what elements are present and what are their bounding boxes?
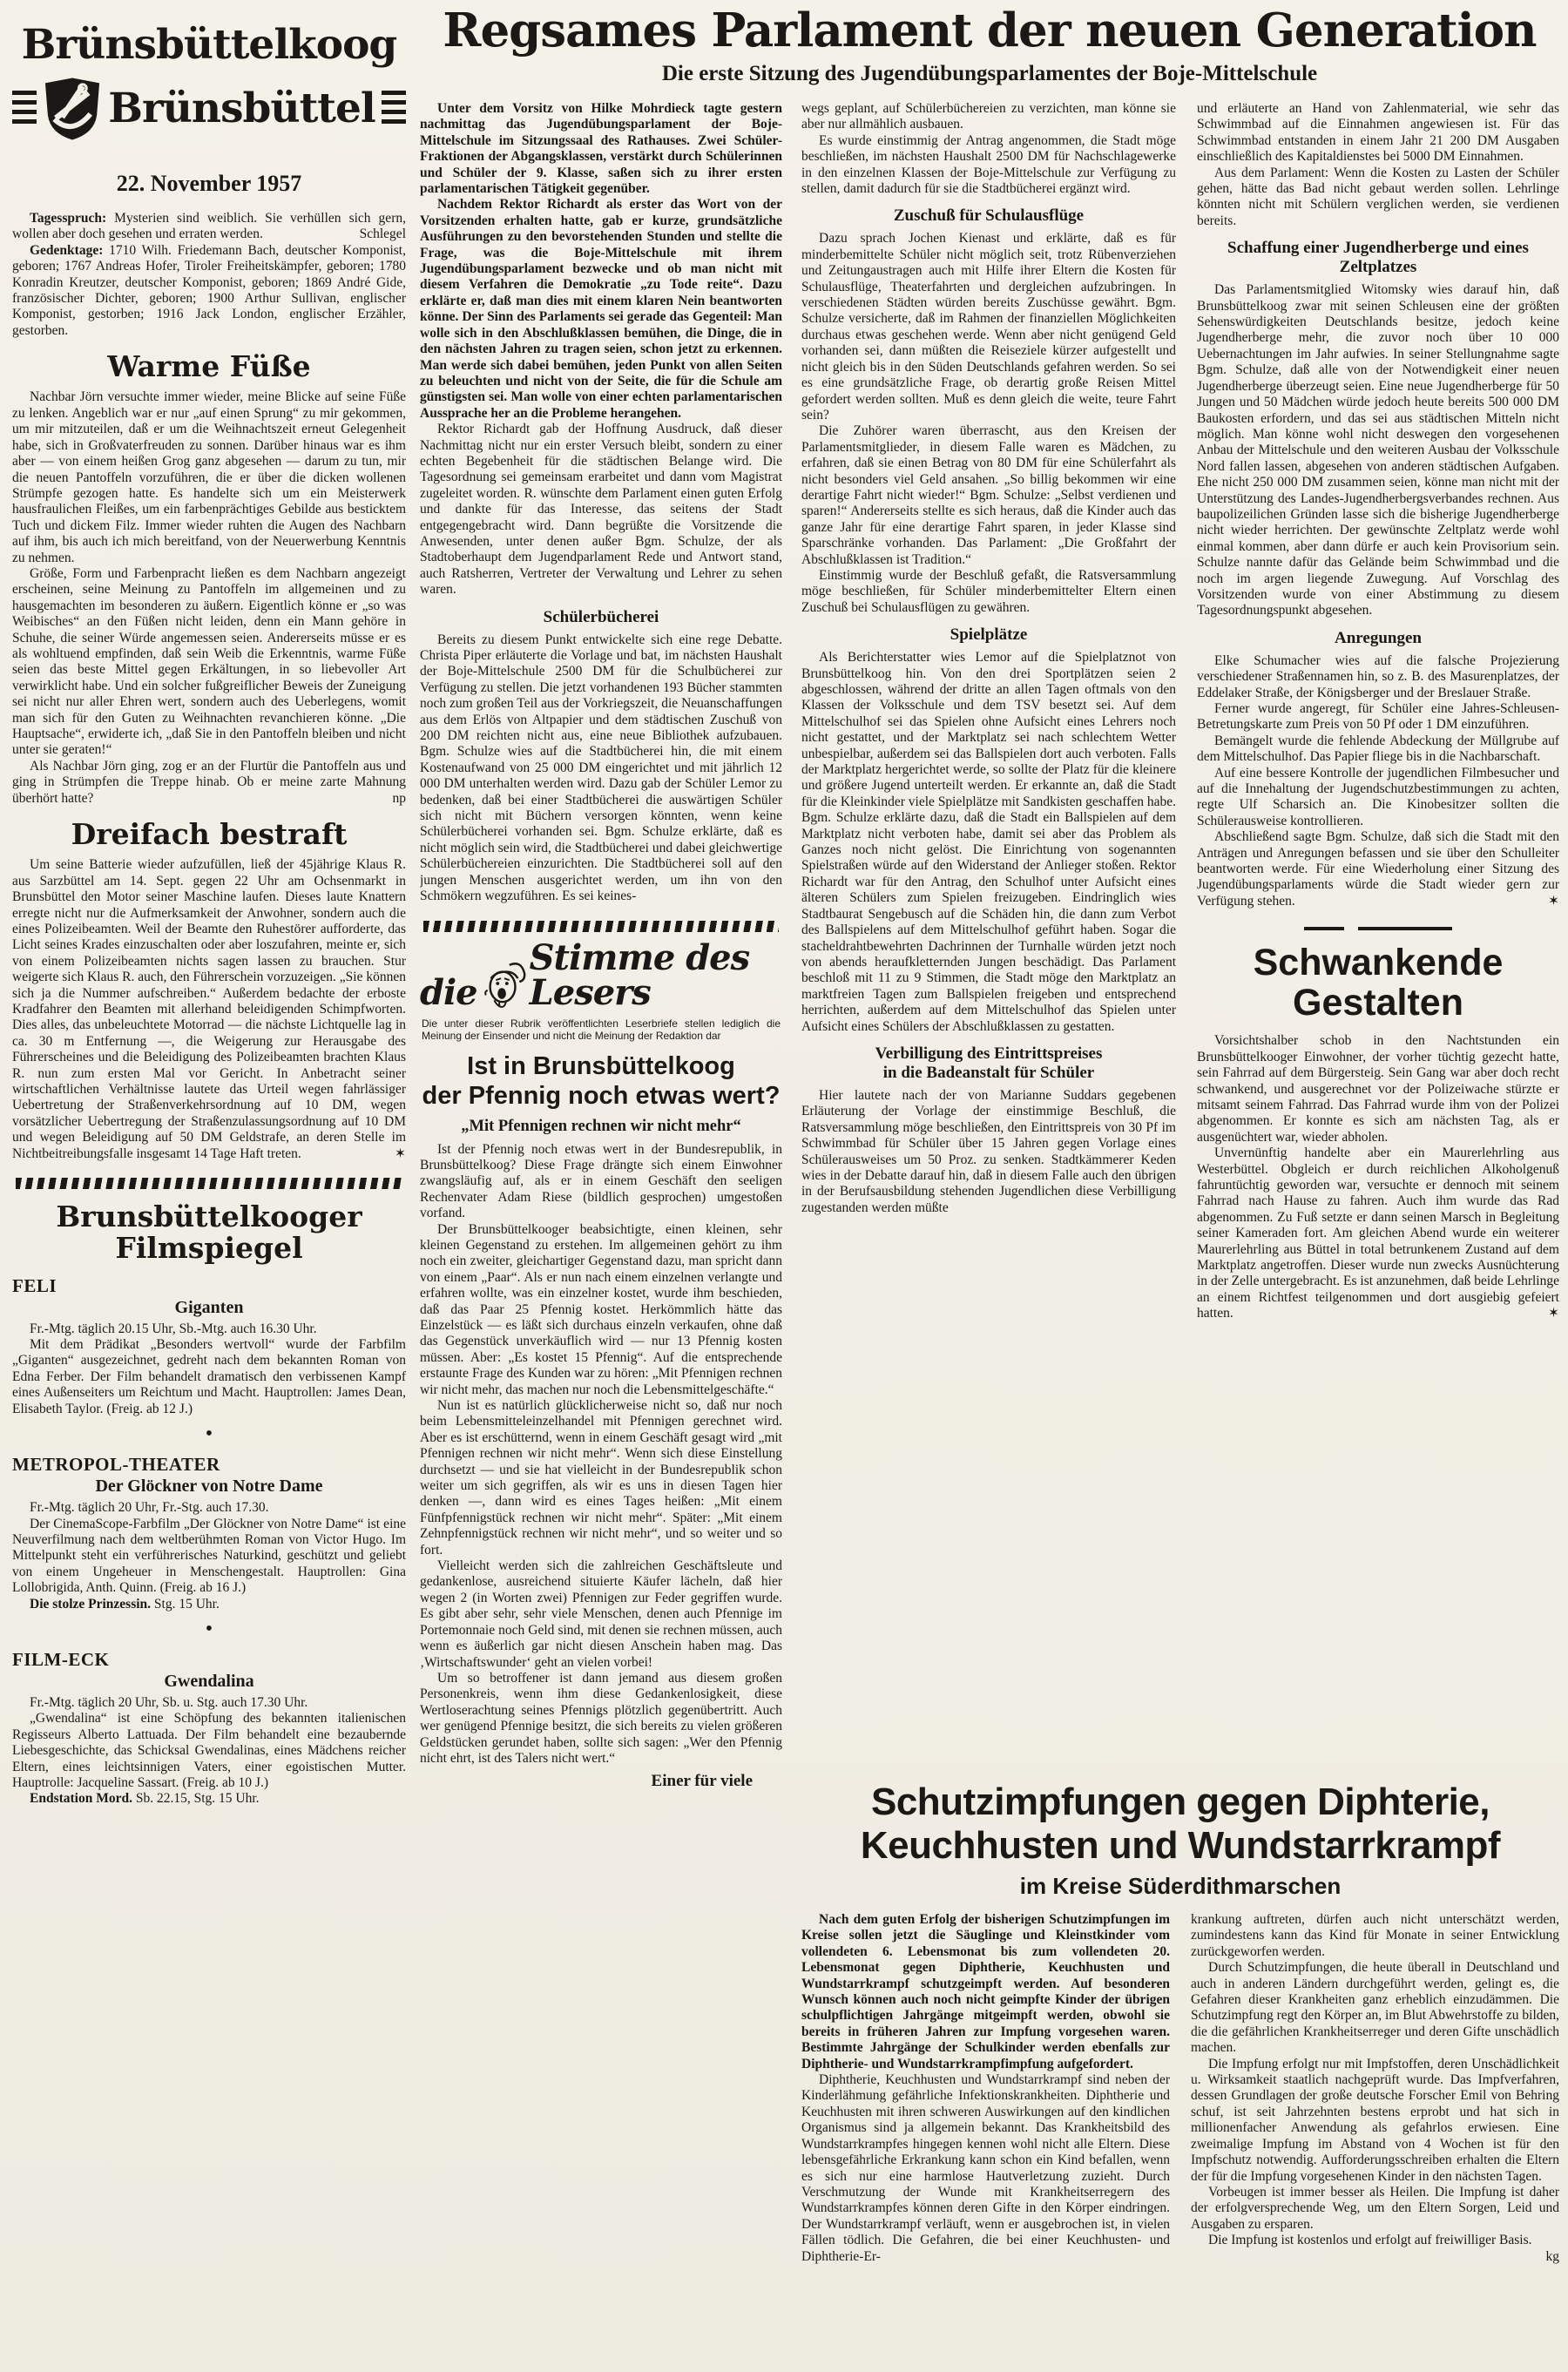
paragraph: Endstation Mord. Sb. 22.15, Stg. 15 Uhr.: [12, 1791, 406, 1807]
paragraph: Der Brunsbüttelkooger beabsichtigte, ein…: [420, 1222, 782, 1398]
film-title: Giganten: [12, 1298, 406, 1318]
paragraph: Fr.-Mtg. täglich 20 Uhr, Sb. u. Stg. auc…: [12, 1695, 406, 1711]
masthead-title-line2-row: Brünsbüttel: [12, 70, 406, 148]
paragraph: Nach dem guten Erfolg der bisherigen Sch…: [801, 1912, 1170, 2072]
middle-right-region: wegs geplant, auf Schülerbüchereien zu v…: [801, 101, 1559, 2372]
paragraph: Tagesspruch: Mysterien sind weiblich. Si…: [12, 211, 406, 243]
paragraph: Ist der Pfennig noch etwas wert in der B…: [420, 1142, 782, 1222]
dot-separator: •: [12, 1424, 406, 1443]
masthead-stripes-right-icon: [382, 91, 406, 127]
paragraph: Der CinemaScope-Farbfilm „Der Glöckner v…: [12, 1517, 406, 1597]
paragraph: Elke Schumacher wies auf die falsche Pro…: [1197, 653, 1559, 701]
cinema-name: METROPOL-THEATER: [12, 1454, 406, 1475]
paragraph: Bemängelt wurde die fehlende Abdeckung d…: [1197, 733, 1559, 766]
column-4-content: und erläuterte an Hand von Zahlenmateria…: [1197, 101, 1559, 1772]
paragraph: Nun ist es natürlich glücklicherweise ni…: [420, 1398, 782, 1558]
paragraph: Rektor Richardt gab der Hoffnung Ausdruc…: [420, 422, 782, 598]
body-row: Unter dem Vorsitz von Hilke Mohrdieck ta…: [420, 101, 1559, 2372]
paragraph: Vorsichtshalber schob in den Nachtstunde…: [1197, 1033, 1559, 1145]
vaccination-columns: Nach dem guten Erfolg der bisherigen Sch…: [801, 1912, 1559, 2265]
masthead: Brünsbüttelkoog Brünsbüttel 22. November…: [12, 24, 406, 197]
column-2-content: Unter dem Vorsitz von Hilke Mohrdieck ta…: [420, 101, 782, 2372]
paragraph: Um so betroffener ist dann jemand aus di…: [420, 1671, 782, 1767]
end-mark: kg: [1529, 2249, 1560, 2265]
paragraph: Vorbeugen ist immer besser als Heilen. D…: [1191, 2185, 1559, 2233]
paragraph: krankung auftreten, dürfen auch nicht un…: [1191, 1912, 1559, 1960]
paragraph: Die Impfung ist kostenlos und erfolgt au…: [1191, 2233, 1559, 2248]
cinema-name: FILM-ECK: [12, 1649, 406, 1670]
paragraph: Dazu sprach Jochen Kienast und erklärte,…: [801, 231, 1176, 423]
sans-heading: Schwankende Gestalten: [1197, 943, 1559, 1023]
masthead-title-line2: Brünsbüttel: [108, 84, 375, 132]
paragraph: Größe, Form und Farbenpracht ließen es d…: [12, 566, 406, 759]
stimme-title-row: die Stimme des Lesers: [420, 941, 782, 1010]
column-1: Brünsbüttelkoog Brünsbüttel 22. November…: [12, 7, 406, 2372]
end-mark: np: [375, 791, 407, 807]
city-crest-anchor-icon: [43, 70, 102, 148]
issue-date: 22. November 1957: [12, 171, 406, 197]
paragraph: Ferner wurde angeregt, für Schüler eine …: [1197, 701, 1559, 733]
vaccination-headline: Schutzimpfungen gegen Diphterie, Keuchhu…: [801, 1781, 1559, 1868]
paragraph: Fr.-Mtg. täglich 20.15 Uhr, Sb.-Mtg. auc…: [12, 1321, 406, 1337]
masthead-title-line1: Brünsbüttelkoog: [12, 24, 406, 66]
paragraph: „Gwendalina“ ist eine Schöpfung des beka…: [12, 1711, 406, 1791]
signature: Einer für viele: [420, 1772, 782, 1791]
sub-heading: Zuschuß für Schulausflüge: [801, 206, 1176, 226]
dash-divider: [1304, 927, 1452, 930]
paragraph: Mit dem Prädikat „Besonders wertvoll“ wu…: [12, 1337, 406, 1417]
paragraph: Fr.-Mtg. täglich 20 Uhr, Fr.-Stg. auch 1…: [12, 1500, 406, 1516]
newspaper-page: Brünsbüttelkoog Brünsbüttel 22. November…: [0, 0, 1568, 2372]
sub-heading: Schaffung einer Jugendherberge und eines…: [1197, 239, 1559, 277]
section-heading: Warme Füße: [12, 351, 406, 382]
paragraph: Nachdem Rektor Richardt als erster das W…: [420, 197, 782, 422]
paragraph: Unter dem Vorsitz von Hilke Mohrdieck ta…: [420, 101, 782, 197]
paragraph: Das Parlamentsmitglied Witomsky wies dar…: [1197, 282, 1559, 619]
paragraph: Vielleicht werden sich die zahlreichen G…: [420, 1558, 782, 1671]
main-headline: Regsames Parlament der neuen Generation: [420, 7, 1559, 55]
paragraph: Einstimmig wurde der Beschluß gefaßt, di…: [801, 568, 1176, 616]
paragraph: Abschließend sagte Bgm. Schulze, daß sic…: [1197, 829, 1559, 909]
paragraph: wegs geplant, auf Schülerbüchereien zu v…: [801, 101, 1176, 133]
cinema-name: FELI: [12, 1275, 406, 1296]
vaccination-headline-line2: Keuchhusten und Wundstarrkrampf: [861, 1824, 1500, 1867]
vaccination-subheadline: im Kreise Süderdithmarschen: [801, 1873, 1559, 1900]
paragraph: Als Berichterstatter wies Lemor auf die …: [801, 650, 1176, 1035]
masthead-stripes-left-icon: [12, 91, 37, 127]
film-title: Der Glöckner von Notre Dame: [12, 1477, 406, 1497]
sub-heading: Verbilligung des Eintrittspreisesin die …: [801, 1044, 1176, 1083]
paragraph: Die Impfung erfolgt nur mit Impfstoffen,…: [1191, 2057, 1559, 2185]
stimme-disclaimer: Die unter dieser Rubrik veröffentlichten…: [422, 1017, 781, 1043]
page-frame: Brünsbüttelkoog Brünsbüttel 22. November…: [0, 0, 1568, 2372]
listener-face-icon: [481, 956, 526, 1010]
end-mark: ✶: [377, 1146, 406, 1162]
paragraph: Um seine Batterie wieder aufzufüllen, li…: [12, 857, 406, 1162]
vaccination-col-left: Nach dem guten Erfolg der bisherigen Sch…: [801, 1912, 1170, 2265]
paragraph: und erläuterte an Hand von Zahlenmateria…: [1197, 101, 1559, 166]
main-headline-block: Regsames Parlament der neuen Generation …: [420, 7, 1559, 101]
letter-heading: Ist in Brunsbüttelkoogder Pfennig noch e…: [420, 1051, 782, 1111]
paragraph: Gedenktage: 1710 Wilh. Friedemann Bach, …: [12, 243, 406, 339]
letter-subheading: „Mit Pfennigen rechnen wir nicht mehr“: [420, 1118, 782, 1136]
paragraph: Es wurde einstimmig der Antrag angenomme…: [801, 133, 1176, 198]
paragraph: Diphtherie, Keuchhusten und Wundstarrkra…: [801, 2072, 1170, 2265]
end-mark: ✶: [1531, 1306, 1559, 1321]
vaccination-headline-line1: Schutzimpfungen gegen Diphterie,: [871, 1781, 1490, 1823]
paragraph: Hier lautete nach der von Marianne Sudda…: [801, 1088, 1176, 1216]
paragraph: Nachbar Jörn versuchte immer wieder, mei…: [12, 389, 406, 565]
paragraph: Unvernünftig handelte aber ein Maurerleh…: [1197, 1145, 1559, 1321]
stimme-title-pre: die: [420, 976, 477, 1010]
paragraph: Bereits zu diesem Punkt entwickelte sich…: [420, 632, 782, 905]
paragraph: Als Nachbar Jörn ging, zog er an der Flu…: [12, 759, 406, 807]
end-mark: Schlegel: [342, 226, 406, 242]
stimme-title-post: Stimme des Lesers: [530, 941, 782, 1010]
vaccination-article: Schutzimpfungen gegen Diphterie, Keuchhu…: [801, 1772, 1559, 2372]
column-1-content: Tagesspruch: Mysterien sind weiblich. Si…: [12, 211, 406, 1808]
paragraph: Die stolze Prinzessin. Stg. 15 Uhr.: [12, 1597, 406, 1612]
dot-separator: •: [12, 1619, 406, 1639]
main-subheadline: Die erste Sitzung des Jugendübungsparlam…: [420, 62, 1559, 86]
right-region: Regsames Parlament der neuen Generation …: [420, 7, 1559, 2372]
paragraph: Die Zuhörer waren überrascht, aus den Kr…: [801, 423, 1176, 568]
columns-3-4-row: wegs geplant, auf Schülerbüchereien zu v…: [801, 101, 1559, 1772]
rope-divider: [423, 921, 779, 932]
rope-divider: [16, 1178, 402, 1189]
sub-heading: Schülerbücherei: [420, 608, 782, 627]
stimme-des-lesers-logo: die Stimme des Lesers Die unter dieser R…: [420, 941, 782, 1043]
film-title: Gwendalina: [12, 1672, 406, 1692]
paragraph: Auf eine bessere Kontrolle der jugendlic…: [1197, 766, 1559, 830]
paragraph: Durch Schutzimpfungen, die heute überall…: [1191, 1960, 1559, 2056]
paragraph: Aus dem Parlament: Wenn die Kosten zu La…: [1197, 166, 1559, 230]
section-heading: Brunsbüttelkooger Filmspiegel: [12, 1201, 406, 1265]
end-mark: ✶: [1531, 894, 1559, 909]
sub-heading: Anregungen: [1197, 629, 1559, 648]
sub-heading: Spielplätze: [801, 625, 1176, 645]
column-3-content: wegs geplant, auf Schülerbüchereien zu v…: [801, 101, 1176, 1772]
section-heading: Dreifach bestraft: [12, 819, 406, 850]
vaccination-col-right: krankung auftreten, dürfen auch nicht un…: [1191, 1912, 1559, 2265]
